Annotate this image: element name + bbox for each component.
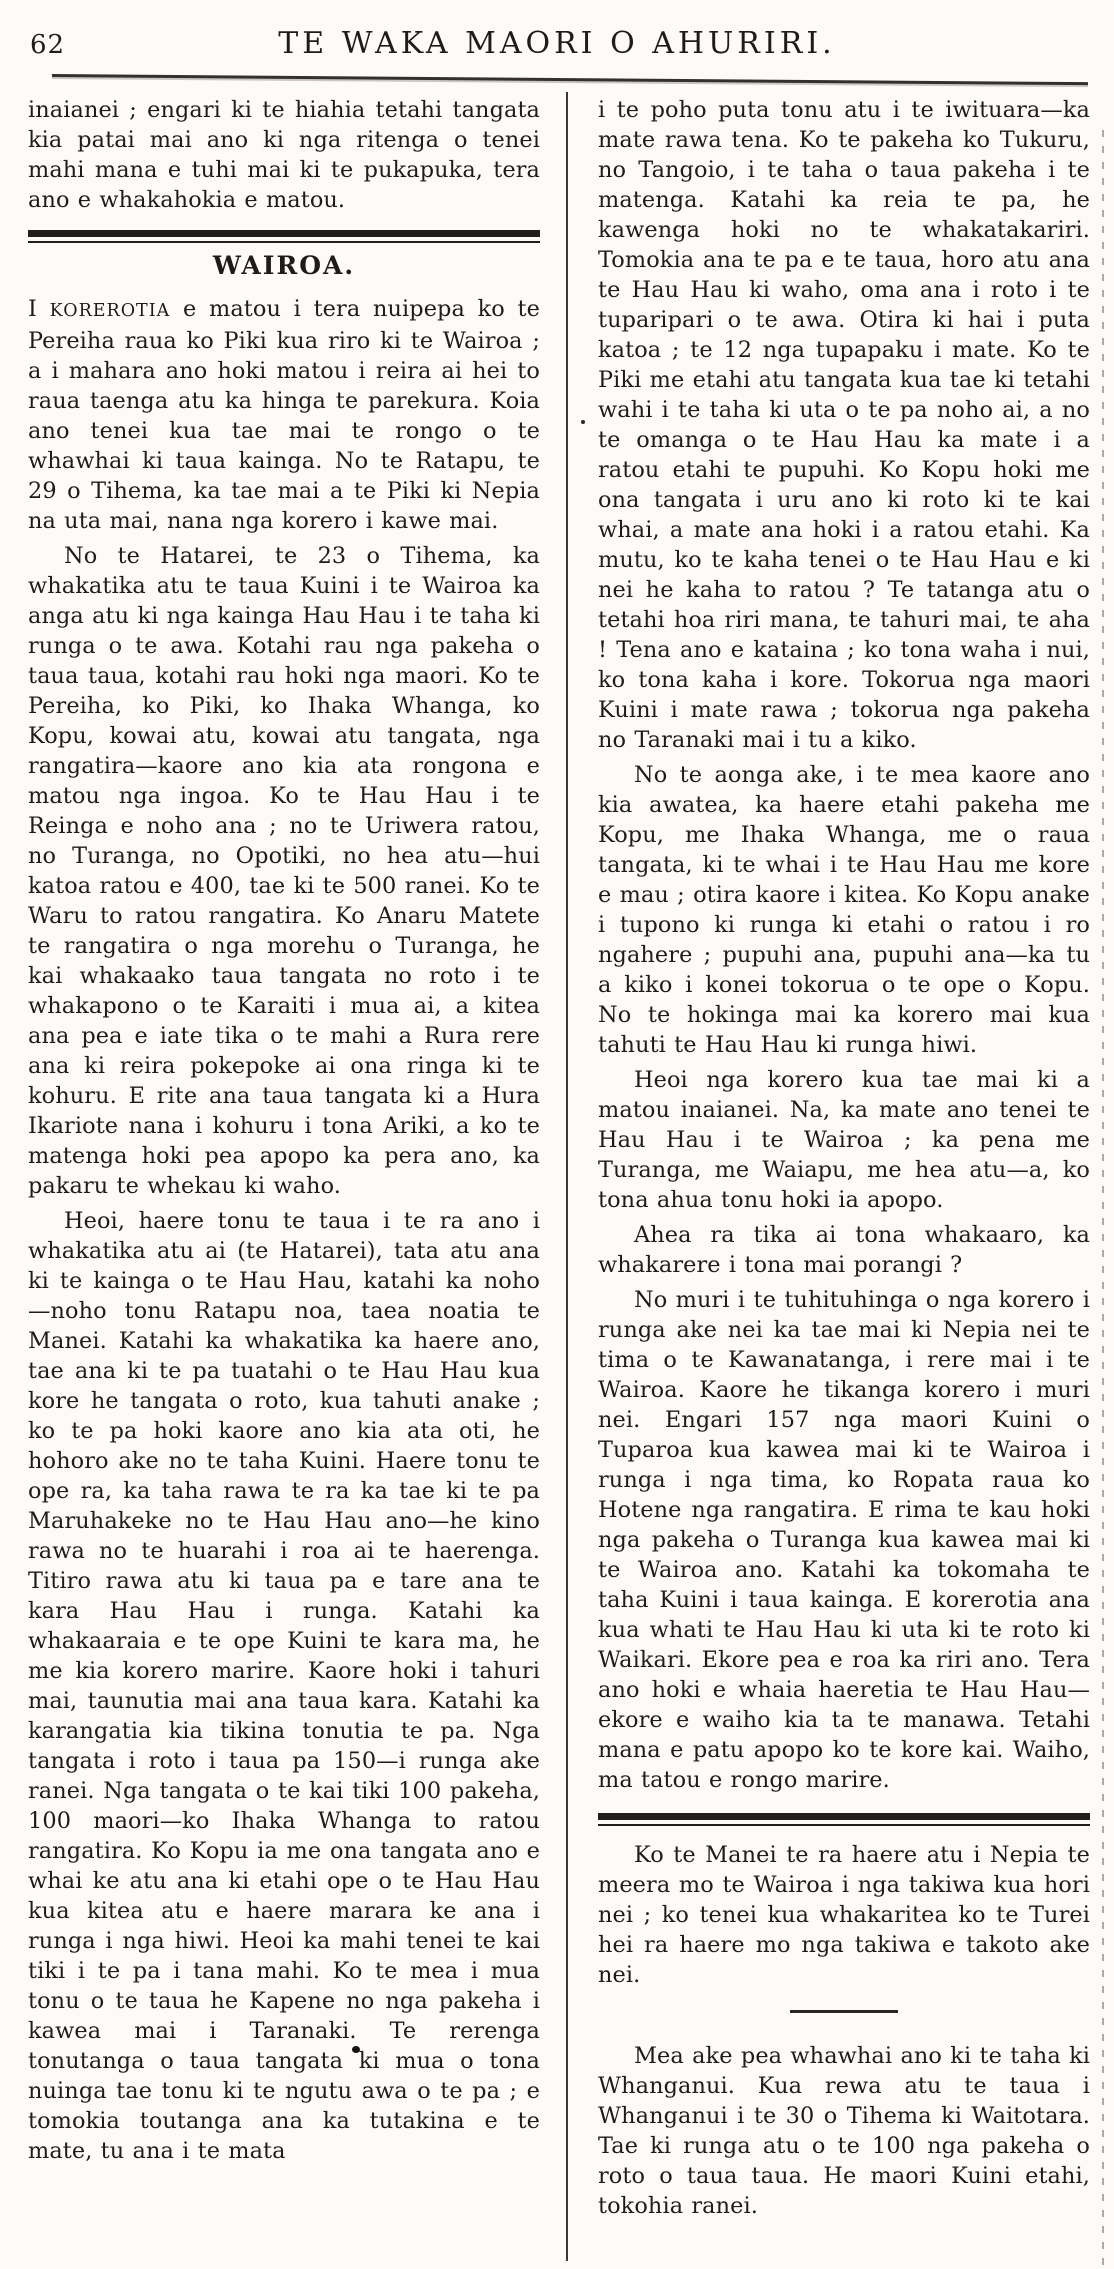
section-divider-rule: [598, 1813, 1090, 1826]
section-divider-rule: [28, 230, 540, 243]
right-column: i te poho puta tonu atu i te iwituara—ka…: [598, 95, 1090, 2226]
ink-blot: [352, 2046, 360, 2053]
paragraph-lead-smallcaps: KOREROTIA: [50, 301, 171, 321]
header-rule: [52, 74, 1088, 85]
article-paragraph: Heoi, haere tonu te taua i te ra ano i w…: [28, 1206, 540, 2166]
article-paragraph: Heoi nga korero kua tae mai ki a matou i…: [598, 1065, 1090, 1215]
scan-edge-line: [1102, 130, 1104, 2269]
newspaper-page: 62 TE WAKA MAORI O AHURIRI. inaianei ; e…: [0, 0, 1114, 2269]
left-column: inaianei ; engari ki te hiahia tetahi ta…: [28, 95, 540, 2171]
newspaper-masthead: TE WAKA MAORI O AHURIRI.: [0, 26, 1114, 61]
paragraph-text: e matou i tera nuipepa ko te Pereiha rau…: [28, 296, 540, 534]
stray-ink-dot: [581, 420, 585, 424]
continuation-paragraph: inaianei ; engari ki te hiahia tetahi ta…: [28, 95, 540, 215]
column-divider: [566, 92, 568, 2261]
article-paragraph: I KOREROTIA e matou i tera nuipepa ko te…: [28, 294, 540, 536]
paragraph-lead: I: [28, 296, 50, 322]
article-paragraph: No te Hatarei, te 23 o Tihema, ka whakat…: [28, 541, 540, 1201]
article-paragraph: Ahea ra tika ai tona whakaaro, ka whakar…: [598, 1220, 1090, 1280]
article-paragraph: No muri i te tuhituhinga o nga korero i …: [598, 1285, 1090, 1795]
continuation-paragraph: i te poho puta tonu atu i te iwituara—ka…: [598, 95, 1090, 755]
notice-paragraph: Ko te Manei te ra haere atu i Nepia te m…: [598, 1840, 1090, 1990]
notice-paragraph: Mea ake pea whawhai ano ki te taha ki Wh…: [598, 2041, 1090, 2221]
article-paragraph: No te aonga ake, i te mea kaore ano kia …: [598, 760, 1090, 1060]
article-heading-wairoa: WAIROA.: [28, 251, 540, 280]
short-divider-rule: [790, 2010, 898, 2013]
